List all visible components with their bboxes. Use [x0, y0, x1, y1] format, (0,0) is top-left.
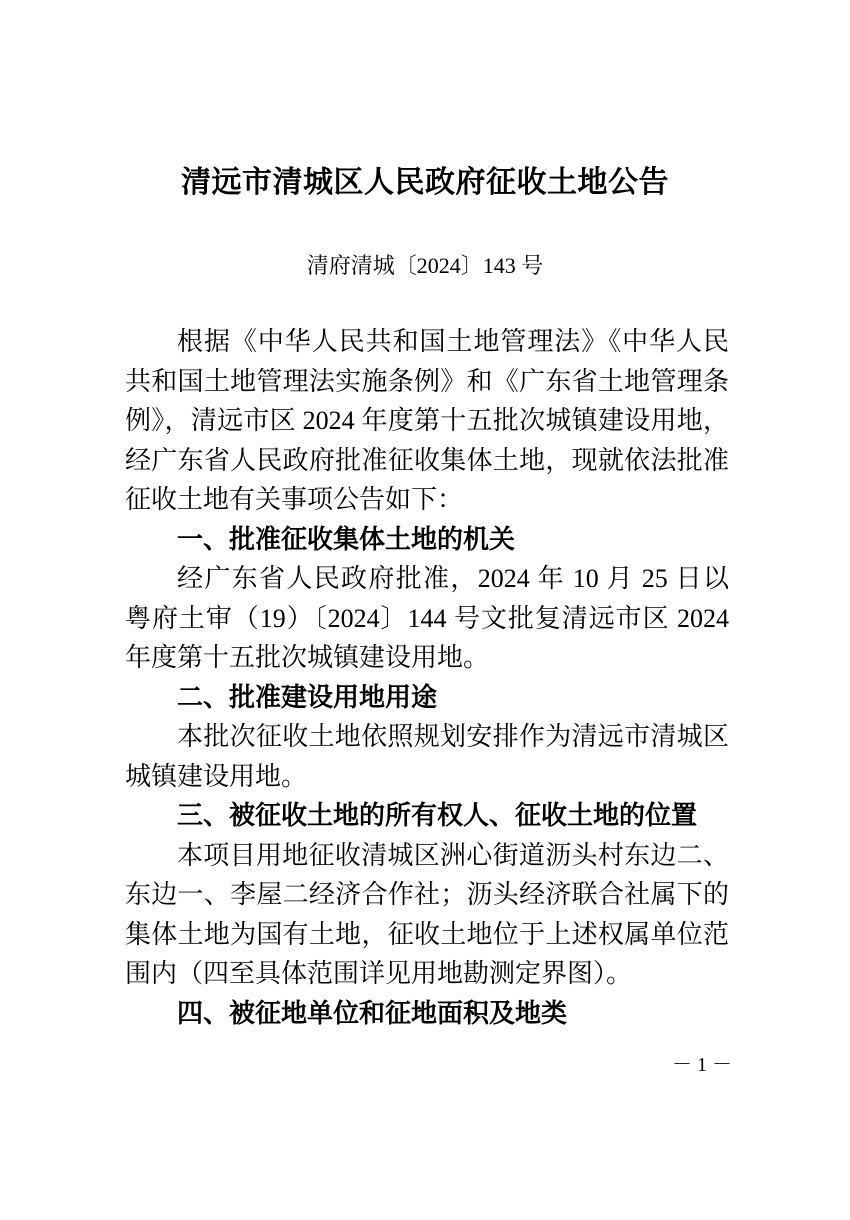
section-heading: 一、批准征收集体土地的机关 [125, 520, 729, 560]
document-title: 清远市清城区人民政府征收土地公告 [0, 164, 850, 202]
document-body: 根据《中华人民共和国土地管理法》《中华人民共和国土地管理法实施条例》和《广东省土… [125, 322, 729, 1033]
section-heading: 三、被征收土地的所有权人、征收土地的位置 [125, 796, 729, 836]
page-number: － 1 － [672, 1052, 732, 1078]
body-paragraph: 本项目用地征收清城区洲心街道沥头村东边二、东边一、李屋二经济合作社；沥头经济联合… [125, 836, 729, 994]
body-paragraph: 经广东省人民政府批准，2024 年 10 月 25 日以粤府土审（19）〔202… [125, 559, 729, 678]
section-heading: 四、被征地单位和征地面积及地类 [125, 994, 729, 1034]
body-paragraph: 根据《中华人民共和国土地管理法》《中华人民共和国土地管理法实施条例》和《广东省土… [125, 322, 729, 520]
body-paragraph: 本批次征收土地依照规划安排作为清远市清城区城镇建设用地。 [125, 717, 729, 796]
document-page: 清远市清城区人民政府征收土地公告 清府清城〔2024〕143 号 根据《中华人民… [0, 0, 850, 1220]
section-heading: 二、批准建设用地用途 [125, 678, 729, 718]
document-number: 清府清城〔2024〕143 号 [0, 252, 850, 280]
